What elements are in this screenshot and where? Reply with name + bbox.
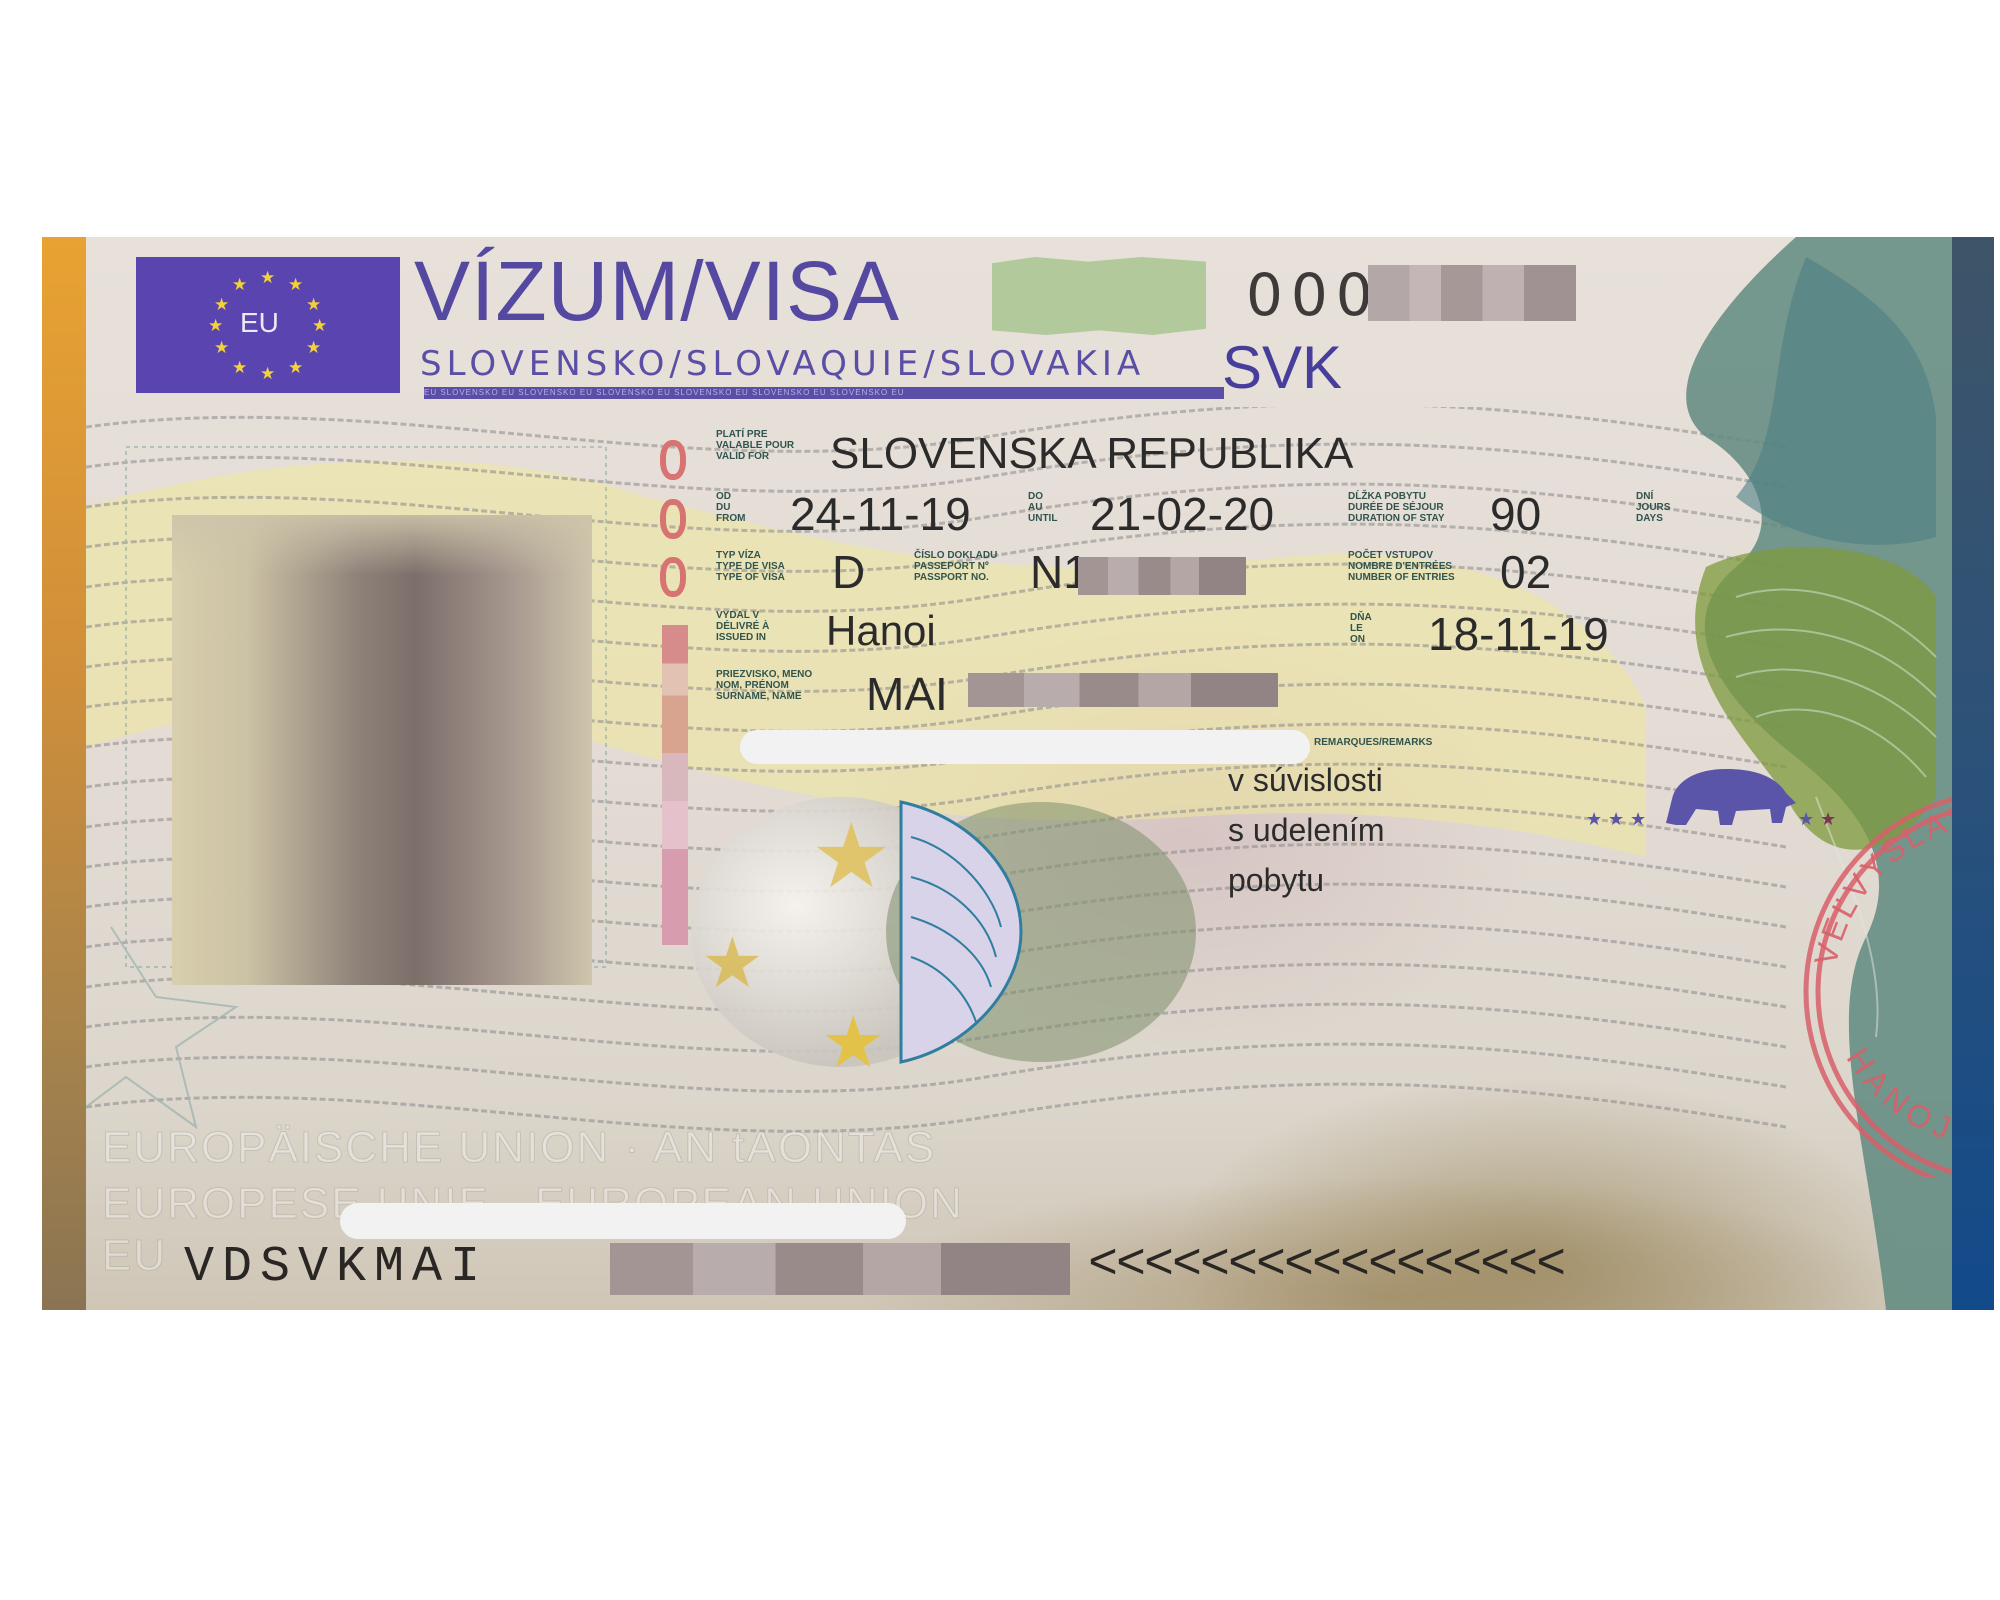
label-line: DŇA xyxy=(1350,612,1372,623)
until-value: 21-02-20 xyxy=(1090,487,1274,541)
label-line: DÉLIVRÉ À xyxy=(716,621,769,632)
redaction-bar xyxy=(340,1203,906,1239)
red-ovd-mark xyxy=(660,557,686,597)
label-line: UNTIL xyxy=(1028,513,1057,524)
label-line: DO xyxy=(1028,491,1057,502)
label-line: POČET VSTUPOV xyxy=(1348,550,1455,561)
label-line: DU xyxy=(716,502,745,513)
entries-value: 02 xyxy=(1500,545,1551,599)
label-line: PASSEPORT Nº xyxy=(914,561,997,572)
redaction-bar xyxy=(740,730,1310,764)
document-title: VÍZUM/VISA xyxy=(414,243,900,340)
mrz-line: VDSVKMAI xyxy=(184,1239,488,1296)
issued-on-value: 18-11-19 xyxy=(1428,607,1609,661)
svg-text:★: ★ xyxy=(821,1003,886,1083)
label-line: DURATION OF STAY xyxy=(1348,513,1444,524)
svg-text:VEĽVYSLANECTVO: VEĽVYSLANECTVO xyxy=(1726,757,1952,969)
until-label: DO AU UNTIL xyxy=(1028,491,1057,524)
eu-flag: ★ ★ ★ ★ ★ ★ ★ ★ ★ ★ ★ ★ EU xyxy=(136,257,400,393)
green-security-patch xyxy=(992,257,1206,335)
valid-for-value: SLOVENSKA REPUBLIKA xyxy=(830,429,1353,479)
visa-sticker: ★ ★ ★ ★ ★ ★ ★ ★ ★ ★ ★ ★ EU VÍZUM/VISA SL… xyxy=(86,237,1952,1310)
star-icon: ★ xyxy=(260,269,275,286)
mrz-redaction xyxy=(610,1243,1070,1295)
stamp-top-text: VEĽVYSLANECTVO xyxy=(1726,757,1952,969)
star-icon: ★ xyxy=(260,365,275,382)
label-line: VALID FOR xyxy=(716,451,794,462)
remarks-text: v súvislosti s udelením pobytu xyxy=(1228,755,1385,905)
label-line: TYP VÍZA xyxy=(716,550,785,561)
visa-type-value: D xyxy=(832,545,865,599)
country-code: SVK xyxy=(1222,333,1342,402)
label-line: OD xyxy=(716,491,745,502)
label-line: VYDAL V xyxy=(716,610,769,621)
name-redaction xyxy=(968,673,1278,707)
watermark-line-3: EU xyxy=(102,1231,167,1281)
passport-number-redaction xyxy=(1078,557,1246,595)
label-line: PLATÍ PRE xyxy=(716,429,794,440)
name-value: MAI xyxy=(866,667,948,721)
svg-text:HANOJ: HANOJ xyxy=(1840,1041,1952,1147)
label-line: FROM xyxy=(716,513,745,524)
duration-unit: DNÍ JOURS DAYS xyxy=(1636,491,1670,524)
label-line: DAYS xyxy=(1636,513,1670,524)
stamp-bottom-text: HANOJ xyxy=(1840,1041,1952,1147)
valid-for-label: PLATÍ PRE VALABLE POUR VALID FOR xyxy=(716,429,794,462)
label-line: PASSPORT No. xyxy=(914,572,997,583)
red-ovd-mark xyxy=(660,499,686,539)
eu-label: EU xyxy=(240,307,279,339)
mrz-filler: <<<<<<<<<<<<<<<<< xyxy=(1088,1237,1564,1294)
remarks-line: s udelením xyxy=(1228,805,1385,855)
star-icon: ★ xyxy=(208,317,223,334)
star-icon: ★ xyxy=(312,317,327,334)
from-value: 24-11-19 xyxy=(790,487,971,541)
remarks-line: pobytu xyxy=(1228,855,1385,905)
duration-label: DĹŽKA POBYTU DURÉE DE SÉJOUR DURATION OF… xyxy=(1348,491,1444,524)
label-line: LE xyxy=(1350,623,1372,634)
star-icon: ★ xyxy=(214,339,229,356)
label-line: TYPE DE VISA xyxy=(716,561,785,572)
duration-value: 90 xyxy=(1490,487,1541,541)
label-line: TYPE OF VISA xyxy=(716,572,785,583)
star-icon: ★ xyxy=(232,359,247,376)
remarks-line: v súvislosti xyxy=(1228,755,1385,805)
label-line: DURÉE DE SÉJOUR xyxy=(1348,502,1444,513)
redacted-strip xyxy=(662,625,688,945)
label-line: NUMBER OF ENTRIES xyxy=(1348,572,1455,583)
issued-on-label: DŇA LE ON xyxy=(1350,612,1372,645)
microprint-banner: EU SLOVENSKO EU SLOVENSKO EU SLOVENSKO E… xyxy=(424,387,1224,399)
label-line: SURNAME, NAME xyxy=(716,691,812,702)
issued-in-value: Hanoi xyxy=(826,607,936,655)
label-line: AU xyxy=(1028,502,1057,513)
star-icon: ★ xyxy=(306,296,321,313)
hologram-seal: ★ ★ ★ xyxy=(691,777,1201,1087)
star-icon: ★ xyxy=(232,276,247,293)
label-line: VALABLE POUR xyxy=(716,440,794,451)
label-line: NOM, PRÉNOM xyxy=(716,680,812,691)
embassy-stamp: VEĽVYSLANECTVO HANOJ xyxy=(1726,757,1952,1177)
country-line: SLOVENSKO/SLOVAQUIE/SLOVAKIA xyxy=(420,344,1145,384)
remarks-label: REMARQUES/REMARKS xyxy=(1314,737,1432,748)
label-line: ISSUED IN xyxy=(716,632,769,643)
svg-text:★: ★ xyxy=(701,924,764,1002)
red-ovd-mark xyxy=(660,440,686,480)
svg-text:★: ★ xyxy=(1586,809,1602,829)
holder-photo-redacted xyxy=(172,515,592,985)
issued-in-label: VYDAL V DÉLIVRÉ À ISSUED IN xyxy=(716,610,769,643)
star-icon: ★ xyxy=(288,276,303,293)
label-line: DĹŽKA POBYTU xyxy=(1348,491,1444,502)
svg-text:★: ★ xyxy=(1630,809,1646,829)
from-label: OD DU FROM xyxy=(716,491,745,524)
label-line: JOURS xyxy=(1636,502,1670,513)
label-line: ON xyxy=(1350,634,1372,645)
visa-type-label: TYP VÍZA TYPE DE VISA TYPE OF VISA xyxy=(716,550,785,583)
right-edge-bar xyxy=(1952,237,1994,1310)
star-icon: ★ xyxy=(306,339,321,356)
svg-text:★: ★ xyxy=(811,807,892,907)
star-icon: ★ xyxy=(214,296,229,313)
passport-number-label: ČÍSLO DOKLADU PASSEPORT Nº PASSPORT No. xyxy=(914,550,997,583)
entries-label: POČET VSTUPOV NOMBRE D'ENTRÉES NUMBER OF… xyxy=(1348,550,1455,583)
label-line: ČÍSLO DOKLADU xyxy=(914,550,997,561)
name-label: PRIEZVISKO, MENO NOM, PRÉNOM SURNAME, NA… xyxy=(716,669,812,702)
svg-text:★: ★ xyxy=(1608,809,1624,829)
left-edge-bar xyxy=(42,237,86,1310)
watermark-line-1: EUROPÄISCHE UNION · AN tAONTAS xyxy=(102,1123,936,1173)
label-line: PRIEZVISKO, MENO xyxy=(716,669,812,680)
visa-number-redaction xyxy=(1368,265,1576,321)
label-line: DNÍ xyxy=(1636,491,1670,502)
star-icon: ★ xyxy=(288,359,303,376)
label-line: NOMBRE D'ENTRÉES xyxy=(1348,561,1455,572)
